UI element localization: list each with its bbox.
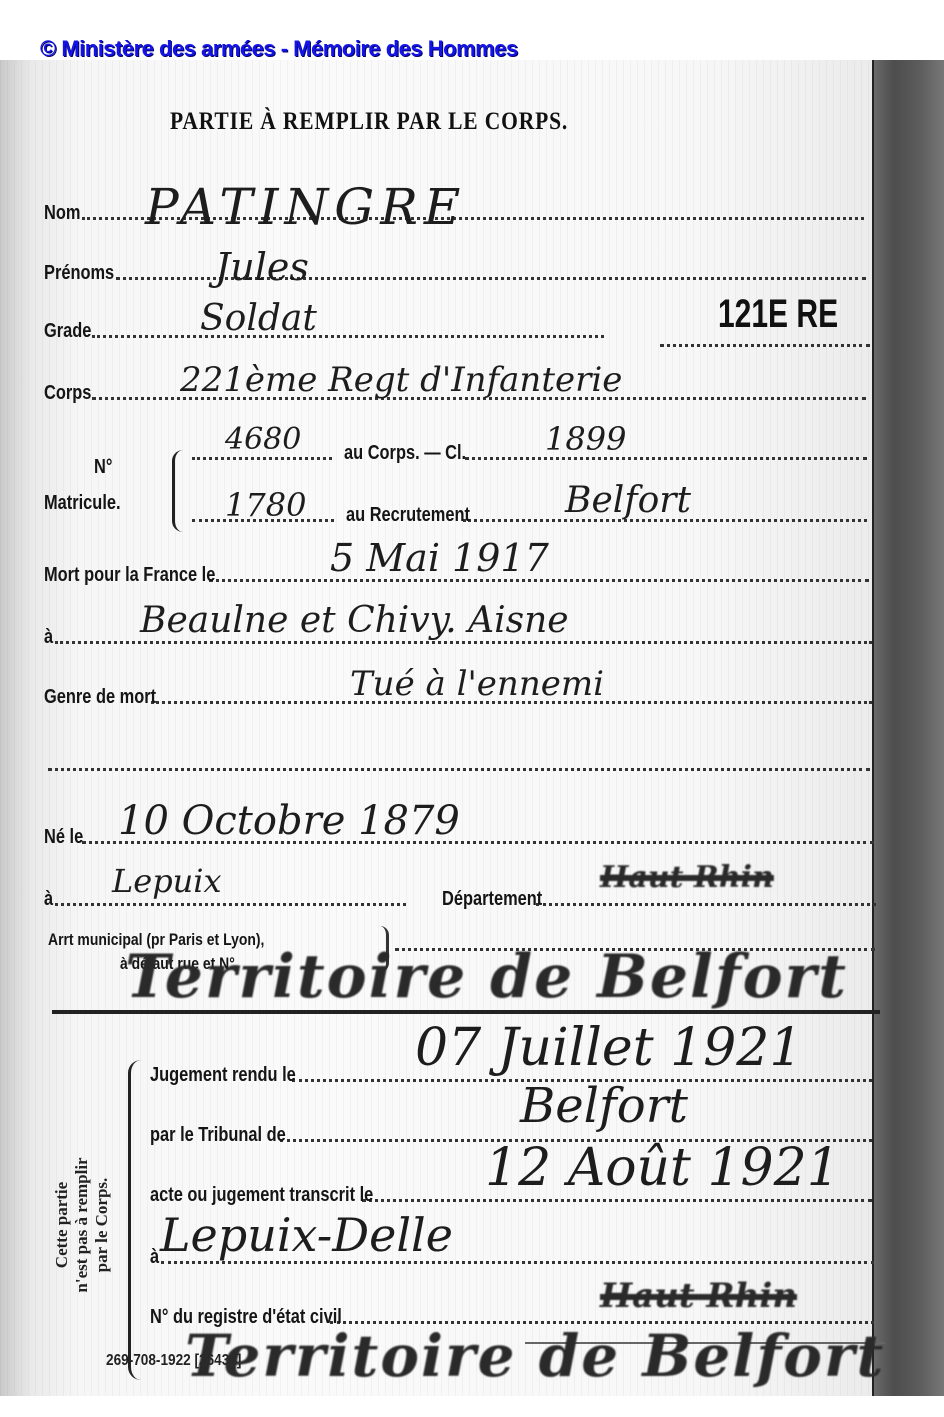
label-mort-a: à — [44, 626, 53, 649]
binding-edge — [872, 60, 944, 1396]
value-recrutement-place: Belfort — [565, 480, 691, 521]
value-mort-le: 5 Mai 1917 — [330, 536, 549, 580]
value-jugement-a: Lepuix-Delle — [160, 1208, 453, 1262]
label-genre-de-mort: Genre de mort — [44, 686, 156, 709]
value-nom: PATINGRE — [145, 178, 466, 236]
value-matricule-recrutement: 1780 — [225, 486, 306, 524]
label-grade: Grade — [44, 320, 91, 343]
field-grade: Grade — [44, 320, 604, 343]
blank-line — [48, 768, 870, 771]
label-nom: Nom — [44, 202, 80, 225]
label-transcrit: acte ou jugement transcrit le — [150, 1184, 373, 1207]
label-ne-le: Né le — [44, 826, 83, 849]
value-corps: 221ème Regt d'Infanterie — [180, 360, 622, 400]
value-ne-le: 10 Octobre 1879 — [118, 798, 460, 844]
brace-matricule — [172, 450, 183, 532]
document-heading: PARTIE À REMPLIR PAR LE CORPS. — [170, 108, 568, 136]
value-transcrit: 12 Août 1921 — [485, 1138, 840, 1198]
value-matricule-corps: 4680 — [225, 422, 301, 457]
label-matricule-no: N° — [94, 456, 112, 479]
regiment-stamp: 121E RE — [718, 292, 838, 337]
value-registre-struck: Haut Rhin — [600, 1276, 797, 1316]
value-prenoms: Jules — [215, 245, 309, 289]
value-jugement-rendu: 07 Juillet 1921 — [415, 1018, 802, 1078]
value-genre-de-mort: Tué à l'ennemi — [350, 664, 604, 704]
value-mort-a: Beaulne et Chivy. Aisne — [140, 600, 569, 641]
label-corps: Corps — [44, 382, 91, 405]
copyright-watermark: © Ministère des armées - Mémoire des Hom… — [40, 36, 518, 62]
label-tribunal: par le Tribunal de — [150, 1124, 286, 1147]
value-registre: Territoire de Belfort — [185, 1322, 885, 1390]
value-grade: Soldat — [200, 298, 317, 339]
field-ne-a: à — [44, 888, 406, 911]
label-jugement-a: à — [150, 1246, 159, 1269]
value-tribunal: Belfort — [520, 1078, 688, 1134]
label-prenoms: Prénoms — [44, 262, 114, 285]
label-mort-le: Mort pour la France le — [44, 564, 215, 587]
label-jugement-rendu: Jugement rendu le — [150, 1064, 296, 1087]
label-au-corps: au Corps. — Cl. — [344, 442, 466, 465]
scanned-document: PARTIE À REMPLIR PAR LE CORPS. Nom PATIN… — [0, 60, 944, 1396]
label-ne-a: à — [44, 888, 53, 911]
value-departement: Territoire de Belfort — [125, 942, 848, 1012]
value-classe: 1899 — [545, 420, 626, 458]
side-note: Cette partie n'est pas à remplir par le … — [52, 1125, 112, 1325]
label-matricule: Matricule. — [44, 492, 121, 515]
value-departement-struck: Haut Rhin — [600, 860, 774, 895]
field-prenoms: Prénoms — [44, 262, 866, 285]
brace-jugement — [128, 1060, 141, 1380]
value-ne-a: Lepuix — [112, 862, 222, 900]
label-au-recrutement: au Recrutement — [346, 504, 470, 527]
label-departement: Département — [442, 888, 542, 911]
